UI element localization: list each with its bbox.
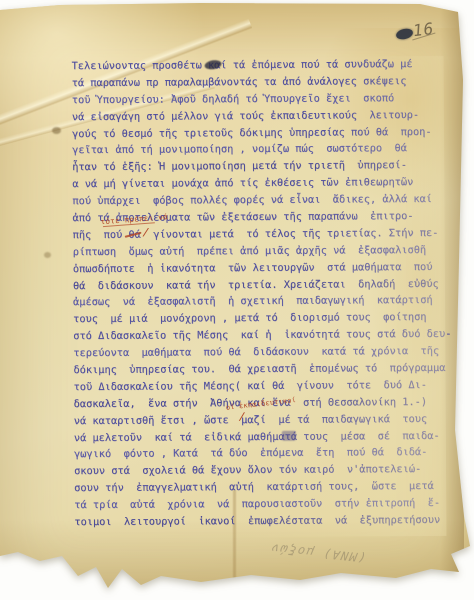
paper-sheet: 16 Τελειώνοντας προσθέτω καί τά ἑπόμενα … xyxy=(0,0,474,600)
ink-speck xyxy=(44,252,51,258)
ink-speck xyxy=(52,127,61,134)
typed-line: τοιμοι λειτουργοί ἱκανοί ἐπωφελέστατα νά… xyxy=(74,512,446,531)
typewritten-text-block: Τελειώνοντας προσθέτω καί τά ἑπόμενα πού… xyxy=(72,56,447,538)
scanned-document-page: 16 Τελειώνοντας προσθέτω καί τά ἑπόμενα … xyxy=(0,0,474,600)
paper-shadow-wrapper: 16 Τελειώνοντας προσθέτω καί τά ἑπόμενα … xyxy=(0,0,474,600)
faint-pencil-note: (ΜΝΑ) μοξών xyxy=(233,537,367,565)
handwritten-page-number: 16 xyxy=(412,19,435,40)
